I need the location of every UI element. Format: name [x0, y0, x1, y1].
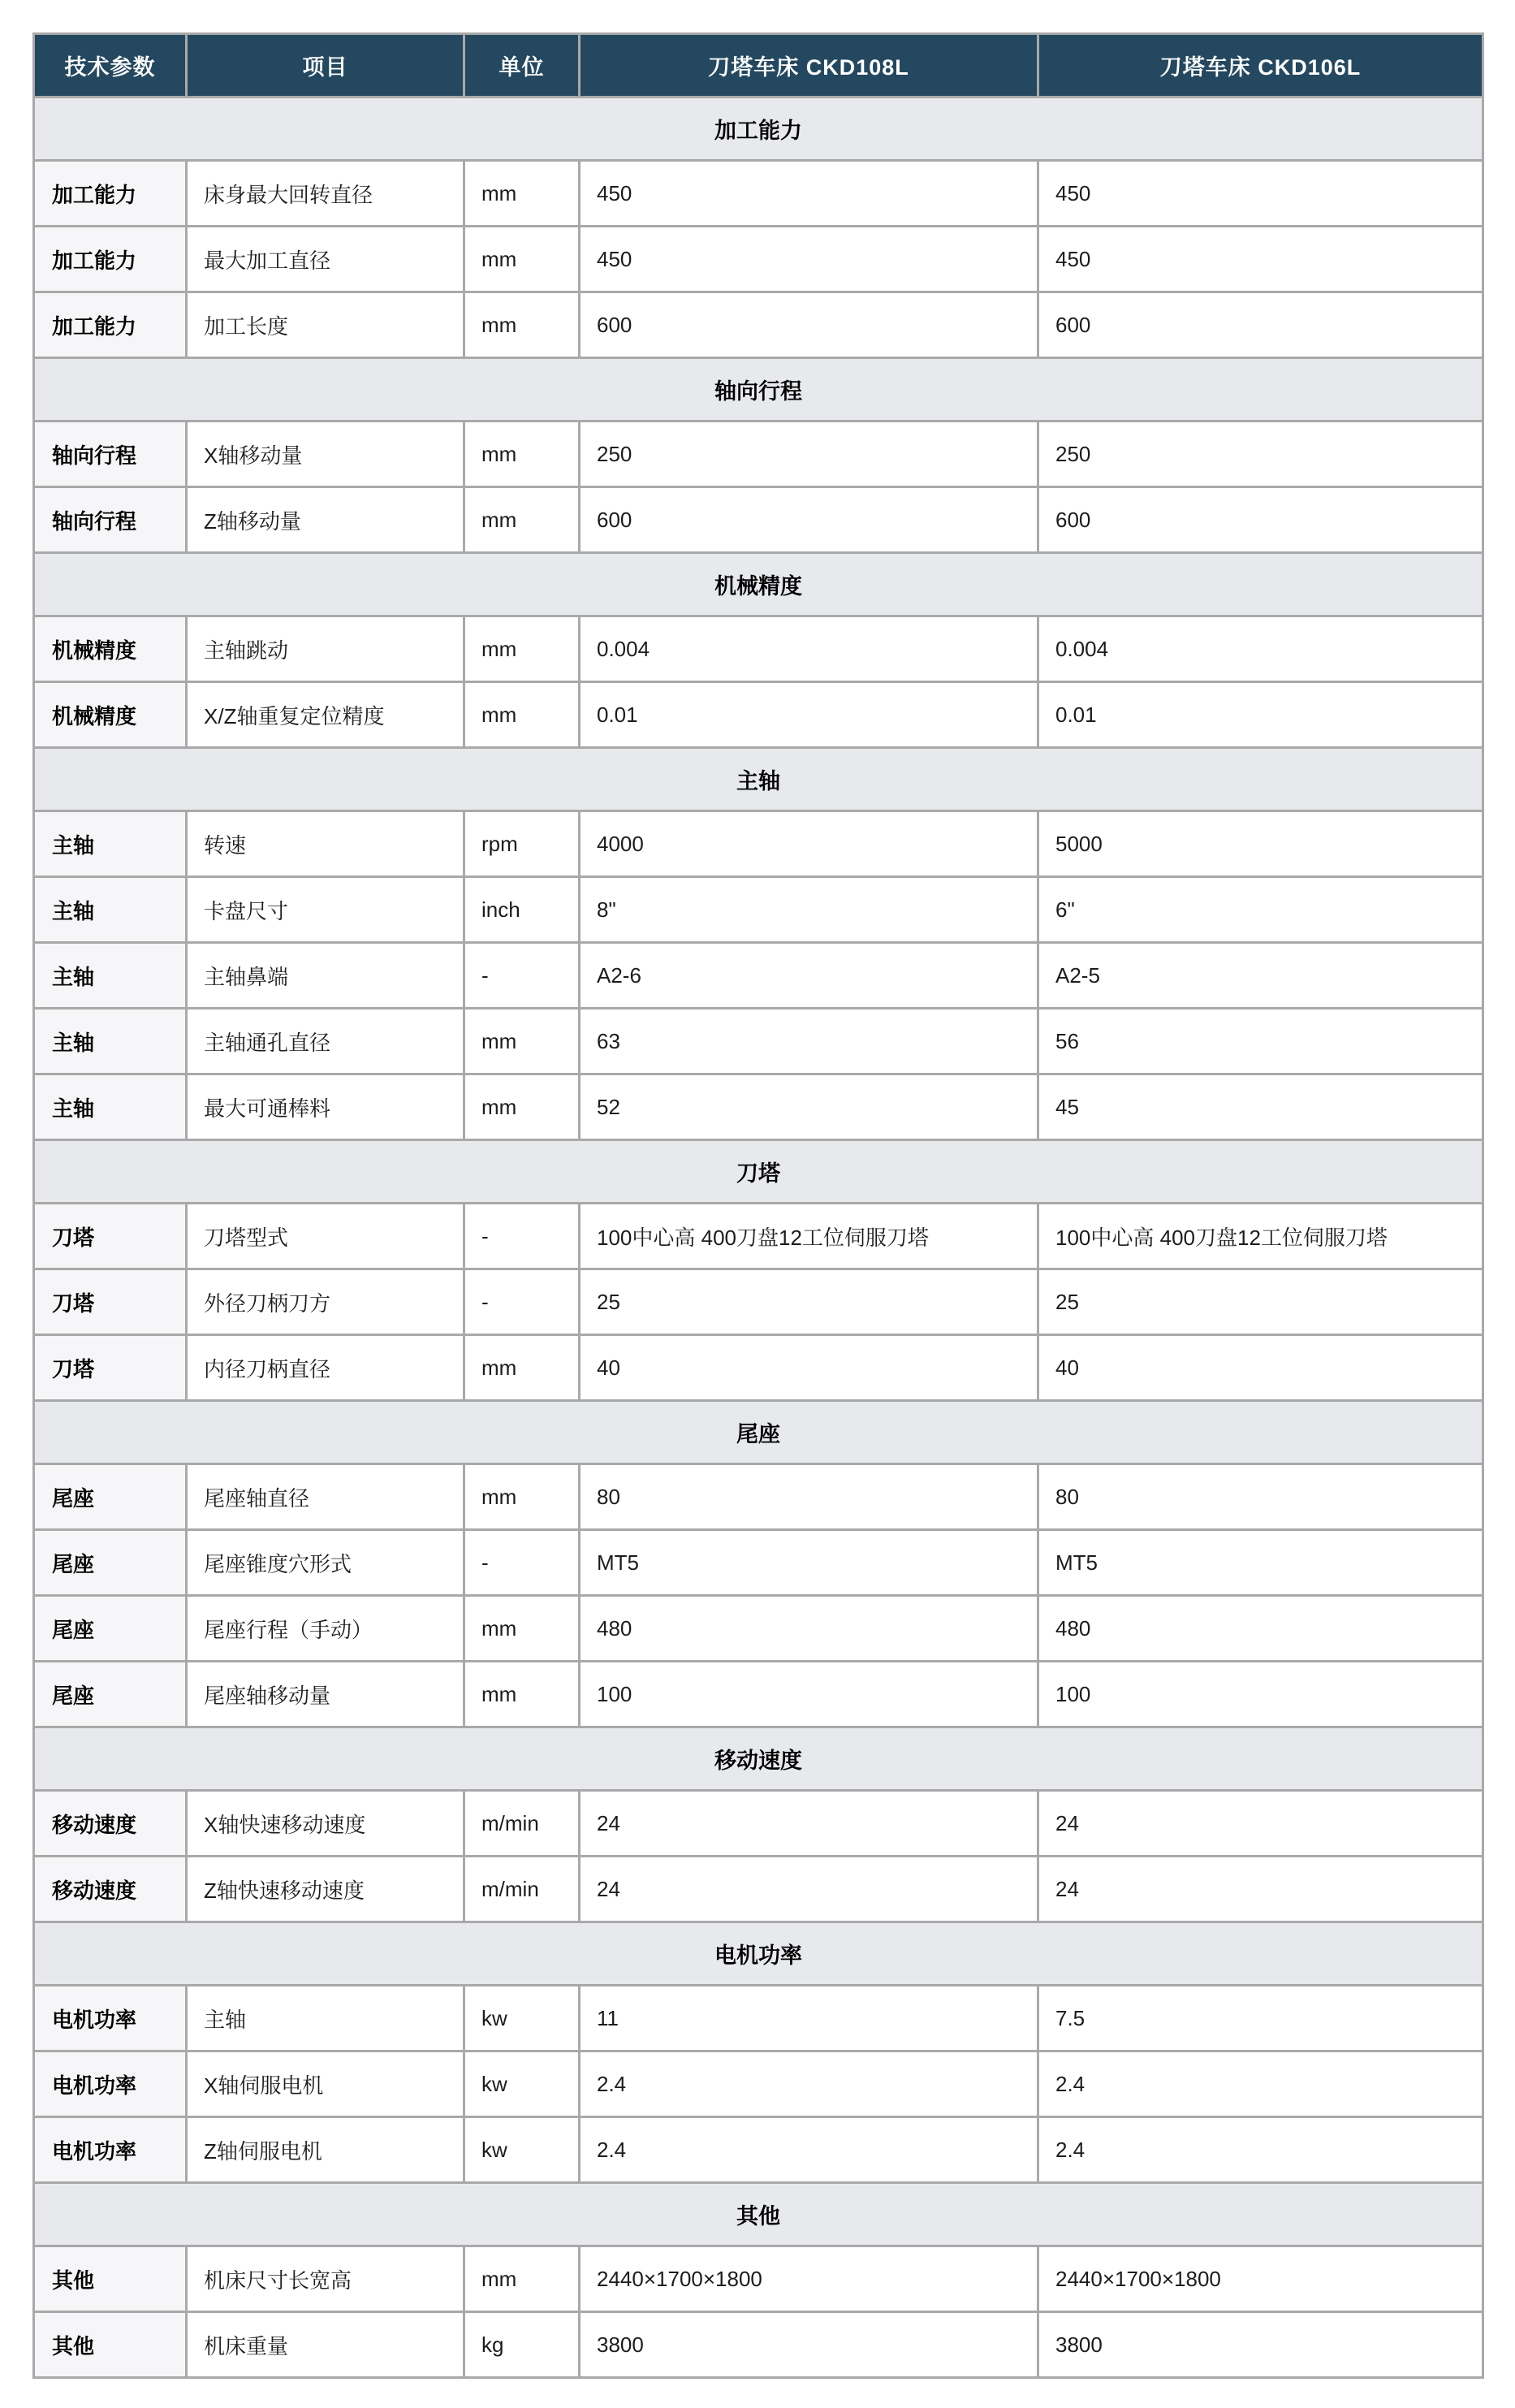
param-cell: 轴向行程: [34, 487, 187, 553]
param-cell: 尾座: [34, 1662, 187, 1727]
item-cell: 主轴鼻端: [187, 943, 464, 1009]
value-ckd108l-cell: 0.01: [580, 682, 1038, 748]
param-cell: 机械精度: [34, 682, 187, 748]
value-ckd108l-cell: A2-6: [580, 943, 1038, 1009]
item-cell: 主轴通孔直径: [187, 1009, 464, 1074]
param-cell: 刀塔: [34, 1335, 187, 1401]
value-ckd108l-cell: 2.4: [580, 2117, 1038, 2183]
table-row: 主轴 最大可通棒料 mm 52 45: [34, 1074, 1483, 1140]
table-row: 电机功率 主轴 kw 11 7.5: [34, 1986, 1483, 2051]
section-title: 移动速度: [34, 1727, 1483, 1791]
value-ckd106l-cell: 600: [1038, 487, 1483, 553]
value-ckd106l-cell: 100中心高 400刀盘12工位伺服刀塔: [1038, 1204, 1483, 1269]
unit-cell: mm: [464, 2246, 580, 2312]
value-ckd106l-cell: 2.4: [1038, 2051, 1483, 2117]
section-title: 主轴: [34, 748, 1483, 811]
section-title: 其他: [34, 2183, 1483, 2246]
unit-cell: kw: [464, 2051, 580, 2117]
item-cell: 床身最大回转直径: [187, 161, 464, 227]
unit-cell: m/min: [464, 1857, 580, 1922]
item-cell: 尾座轴直径: [187, 1464, 464, 1530]
item-cell: 最大加工直径: [187, 227, 464, 292]
table-row: 刀塔 刀塔型式 - 100中心高 400刀盘12工位伺服刀塔 100中心高 40…: [34, 1204, 1483, 1269]
section-title: 加工能力: [34, 97, 1483, 161]
section-title: 机械精度: [34, 553, 1483, 616]
header-cell-model-ckd108l: 刀塔车床 CKD108L: [580, 34, 1038, 97]
item-cell: Z轴伺服电机: [187, 2117, 464, 2183]
value-ckd108l-cell: 11: [580, 1986, 1038, 2051]
value-ckd106l-cell: 250: [1038, 422, 1483, 487]
value-ckd108l-cell: 4000: [580, 811, 1038, 877]
item-cell: 主轴: [187, 1986, 464, 2051]
table-row: 机械精度 主轴跳动 mm 0.004 0.004: [34, 616, 1483, 682]
header-row: 技术参数 项目 单位 刀塔车床 CKD108L 刀塔车床 CKD106L: [34, 34, 1483, 97]
param-cell: 尾座: [34, 1464, 187, 1530]
value-ckd106l-cell: A2-5: [1038, 943, 1483, 1009]
value-ckd106l-cell: 6": [1038, 877, 1483, 943]
unit-cell: m/min: [464, 1791, 580, 1857]
unit-cell: mm: [464, 1335, 580, 1401]
value-ckd106l-cell: 480: [1038, 1596, 1483, 1662]
unit-cell: -: [464, 1269, 580, 1335]
section-title: 电机功率: [34, 1922, 1483, 1986]
unit-cell: mm: [464, 487, 580, 553]
value-ckd106l-cell: 600: [1038, 292, 1483, 358]
unit-cell: mm: [464, 292, 580, 358]
value-ckd108l-cell: 2440×1700×1800: [580, 2246, 1038, 2312]
value-ckd106l-cell: 40: [1038, 1335, 1483, 1401]
table-row: 尾座 尾座行程（手动） mm 480 480: [34, 1596, 1483, 1662]
value-ckd106l-cell: 0.004: [1038, 616, 1483, 682]
value-ckd108l-cell: 250: [580, 422, 1038, 487]
value-ckd108l-cell: 25: [580, 1269, 1038, 1335]
param-cell: 尾座: [34, 1596, 187, 1662]
table-row: 主轴 主轴通孔直径 mm 63 56: [34, 1009, 1483, 1074]
spec-table: 技术参数 项目 单位 刀塔车床 CKD108L 刀塔车床 CKD106L 加工能…: [32, 32, 1484, 2379]
value-ckd106l-cell: 80: [1038, 1464, 1483, 1530]
value-ckd108l-cell: 100中心高 400刀盘12工位伺服刀塔: [580, 1204, 1038, 1269]
param-cell: 其他: [34, 2312, 187, 2378]
param-cell: 其他: [34, 2246, 187, 2312]
page: 技术参数 项目 单位 刀塔车床 CKD108L 刀塔车床 CKD106L 加工能…: [0, 0, 1515, 2408]
value-ckd108l-cell: MT5: [580, 1530, 1038, 1596]
item-cell: 刀塔型式: [187, 1204, 464, 1269]
value-ckd108l-cell: 8": [580, 877, 1038, 943]
value-ckd106l-cell: 100: [1038, 1662, 1483, 1727]
table-row: 刀塔 外径刀柄刀方 - 25 25: [34, 1269, 1483, 1335]
header-cell-param: 技术参数: [34, 34, 187, 97]
table-row: 电机功率 Z轴伺服电机 kw 2.4 2.4: [34, 2117, 1483, 2183]
param-cell: 主轴: [34, 1009, 187, 1074]
param-cell: 电机功率: [34, 2051, 187, 2117]
unit-cell: mm: [464, 1074, 580, 1140]
spec-table-body: 加工能力 加工能力 床身最大回转直径 mm 450 450 加工能力 最大加工直…: [34, 97, 1483, 2378]
item-cell: 最大可通棒料: [187, 1074, 464, 1140]
unit-cell: kw: [464, 2117, 580, 2183]
item-cell: 主轴跳动: [187, 616, 464, 682]
table-row: 尾座 尾座轴直径 mm 80 80: [34, 1464, 1483, 1530]
value-ckd106l-cell: MT5: [1038, 1530, 1483, 1596]
table-row: 尾座 尾座锥度穴形式 - MT5 MT5: [34, 1530, 1483, 1596]
header-cell-item: 项目: [187, 34, 464, 97]
item-cell: 加工长度: [187, 292, 464, 358]
param-cell: 电机功率: [34, 1986, 187, 2051]
table-row: 移动速度 X轴快速移动速度 m/min 24 24: [34, 1791, 1483, 1857]
value-ckd108l-cell: 52: [580, 1074, 1038, 1140]
item-cell: X轴伺服电机: [187, 2051, 464, 2117]
section-header-row: 加工能力: [34, 97, 1483, 161]
section-header-row: 电机功率: [34, 1922, 1483, 1986]
table-row: 机械精度 X/Z轴重复定位精度 mm 0.01 0.01: [34, 682, 1483, 748]
value-ckd108l-cell: 2.4: [580, 2051, 1038, 2117]
table-row: 轴向行程 X轴移动量 mm 250 250: [34, 422, 1483, 487]
param-cell: 加工能力: [34, 161, 187, 227]
unit-cell: mm: [464, 1009, 580, 1074]
section-title: 刀塔: [34, 1140, 1483, 1204]
item-cell: Z轴快速移动速度: [187, 1857, 464, 1922]
value-ckd106l-cell: 25: [1038, 1269, 1483, 1335]
value-ckd106l-cell: 2.4: [1038, 2117, 1483, 2183]
param-cell: 加工能力: [34, 292, 187, 358]
param-cell: 电机功率: [34, 2117, 187, 2183]
param-cell: 轴向行程: [34, 422, 187, 487]
value-ckd106l-cell: 450: [1038, 227, 1483, 292]
table-row: 加工能力 最大加工直径 mm 450 450: [34, 227, 1483, 292]
value-ckd106l-cell: 0.01: [1038, 682, 1483, 748]
unit-cell: mm: [464, 1596, 580, 1662]
table-row: 其他 机床重量 kg 3800 3800: [34, 2312, 1483, 2378]
value-ckd106l-cell: 24: [1038, 1791, 1483, 1857]
item-cell: 尾座锥度穴形式: [187, 1530, 464, 1596]
unit-cell: mm: [464, 1464, 580, 1530]
param-cell: 主轴: [34, 943, 187, 1009]
value-ckd108l-cell: 80: [580, 1464, 1038, 1530]
section-header-row: 其他: [34, 2183, 1483, 2246]
section-header-row: 移动速度: [34, 1727, 1483, 1791]
table-row: 加工能力 加工长度 mm 600 600: [34, 292, 1483, 358]
unit-cell: -: [464, 943, 580, 1009]
table-row: 尾座 尾座轴移动量 mm 100 100: [34, 1662, 1483, 1727]
item-cell: X/Z轴重复定位精度: [187, 682, 464, 748]
item-cell: 尾座行程（手动）: [187, 1596, 464, 1662]
item-cell: 卡盘尺寸: [187, 877, 464, 943]
section-header-row: 主轴: [34, 748, 1483, 811]
value-ckd108l-cell: 24: [580, 1857, 1038, 1922]
item-cell: 机床重量: [187, 2312, 464, 2378]
header-cell-unit: 单位: [464, 34, 580, 97]
value-ckd106l-cell: 24: [1038, 1857, 1483, 1922]
section-header-row: 轴向行程: [34, 358, 1483, 422]
unit-cell: -: [464, 1530, 580, 1596]
param-cell: 刀塔: [34, 1204, 187, 1269]
value-ckd108l-cell: 450: [580, 161, 1038, 227]
unit-cell: kg: [464, 2312, 580, 2378]
unit-cell: mm: [464, 682, 580, 748]
param-cell: 主轴: [34, 877, 187, 943]
unit-cell: mm: [464, 1662, 580, 1727]
table-row: 主轴 转速 rpm 4000 5000: [34, 811, 1483, 877]
param-cell: 移动速度: [34, 1791, 187, 1857]
item-cell: X轴快速移动速度: [187, 1791, 464, 1857]
value-ckd108l-cell: 3800: [580, 2312, 1038, 2378]
value-ckd108l-cell: 600: [580, 487, 1038, 553]
unit-cell: mm: [464, 227, 580, 292]
item-cell: 外径刀柄刀方: [187, 1269, 464, 1335]
value-ckd106l-cell: 7.5: [1038, 1986, 1483, 2051]
param-cell: 加工能力: [34, 227, 187, 292]
item-cell: 机床尺寸长宽高: [187, 2246, 464, 2312]
section-header-row: 机械精度: [34, 553, 1483, 616]
table-row: 加工能力 床身最大回转直径 mm 450 450: [34, 161, 1483, 227]
section-title: 轴向行程: [34, 358, 1483, 422]
unit-cell: mm: [464, 422, 580, 487]
item-cell: 尾座轴移动量: [187, 1662, 464, 1727]
value-ckd108l-cell: 480: [580, 1596, 1038, 1662]
value-ckd108l-cell: 24: [580, 1791, 1038, 1857]
value-ckd108l-cell: 600: [580, 292, 1038, 358]
param-cell: 刀塔: [34, 1269, 187, 1335]
value-ckd108l-cell: 100: [580, 1662, 1038, 1727]
table-row: 主轴 主轴鼻端 - A2-6 A2-5: [34, 943, 1483, 1009]
param-cell: 主轴: [34, 1074, 187, 1140]
section-title: 尾座: [34, 1401, 1483, 1464]
param-cell: 主轴: [34, 811, 187, 877]
value-ckd108l-cell: 40: [580, 1335, 1038, 1401]
item-cell: 转速: [187, 811, 464, 877]
item-cell: X轴移动量: [187, 422, 464, 487]
item-cell: 内径刀柄直径: [187, 1335, 464, 1401]
section-header-row: 刀塔: [34, 1140, 1483, 1204]
value-ckd106l-cell: 5000: [1038, 811, 1483, 877]
section-header-row: 尾座: [34, 1401, 1483, 1464]
value-ckd106l-cell: 56: [1038, 1009, 1483, 1074]
value-ckd106l-cell: 45: [1038, 1074, 1483, 1140]
value-ckd106l-cell: 3800: [1038, 2312, 1483, 2378]
unit-cell: inch: [464, 877, 580, 943]
unit-cell: mm: [464, 616, 580, 682]
table-row: 其他 机床尺寸长宽高 mm 2440×1700×1800 2440×1700×1…: [34, 2246, 1483, 2312]
table-row: 轴向行程 Z轴移动量 mm 600 600: [34, 487, 1483, 553]
unit-cell: -: [464, 1204, 580, 1269]
unit-cell: kw: [464, 1986, 580, 2051]
param-cell: 尾座: [34, 1530, 187, 1596]
unit-cell: rpm: [464, 811, 580, 877]
value-ckd106l-cell: 450: [1038, 161, 1483, 227]
param-cell: 移动速度: [34, 1857, 187, 1922]
item-cell: Z轴移动量: [187, 487, 464, 553]
table-row: 主轴 卡盘尺寸 inch 8" 6": [34, 877, 1483, 943]
unit-cell: mm: [464, 161, 580, 227]
table-row: 电机功率 X轴伺服电机 kw 2.4 2.4: [34, 2051, 1483, 2117]
value-ckd108l-cell: 450: [580, 227, 1038, 292]
value-ckd106l-cell: 2440×1700×1800: [1038, 2246, 1483, 2312]
table-row: 移动速度 Z轴快速移动速度 m/min 24 24: [34, 1857, 1483, 1922]
param-cell: 机械精度: [34, 616, 187, 682]
table-row: 刀塔 内径刀柄直径 mm 40 40: [34, 1335, 1483, 1401]
value-ckd108l-cell: 63: [580, 1009, 1038, 1074]
value-ckd108l-cell: 0.004: [580, 616, 1038, 682]
header-cell-model-ckd106l: 刀塔车床 CKD106L: [1038, 34, 1483, 97]
